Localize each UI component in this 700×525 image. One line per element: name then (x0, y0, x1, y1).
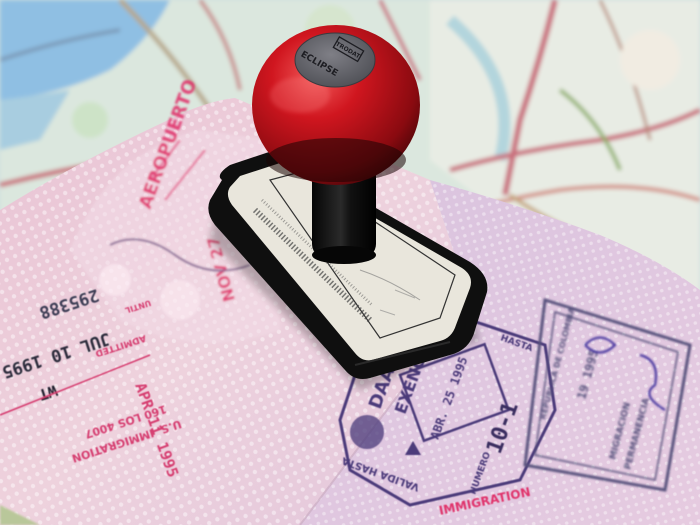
photo-scene: AEROPUERTO NOV 27 295388 JUL 10 1995 WT … (0, 0, 700, 525)
